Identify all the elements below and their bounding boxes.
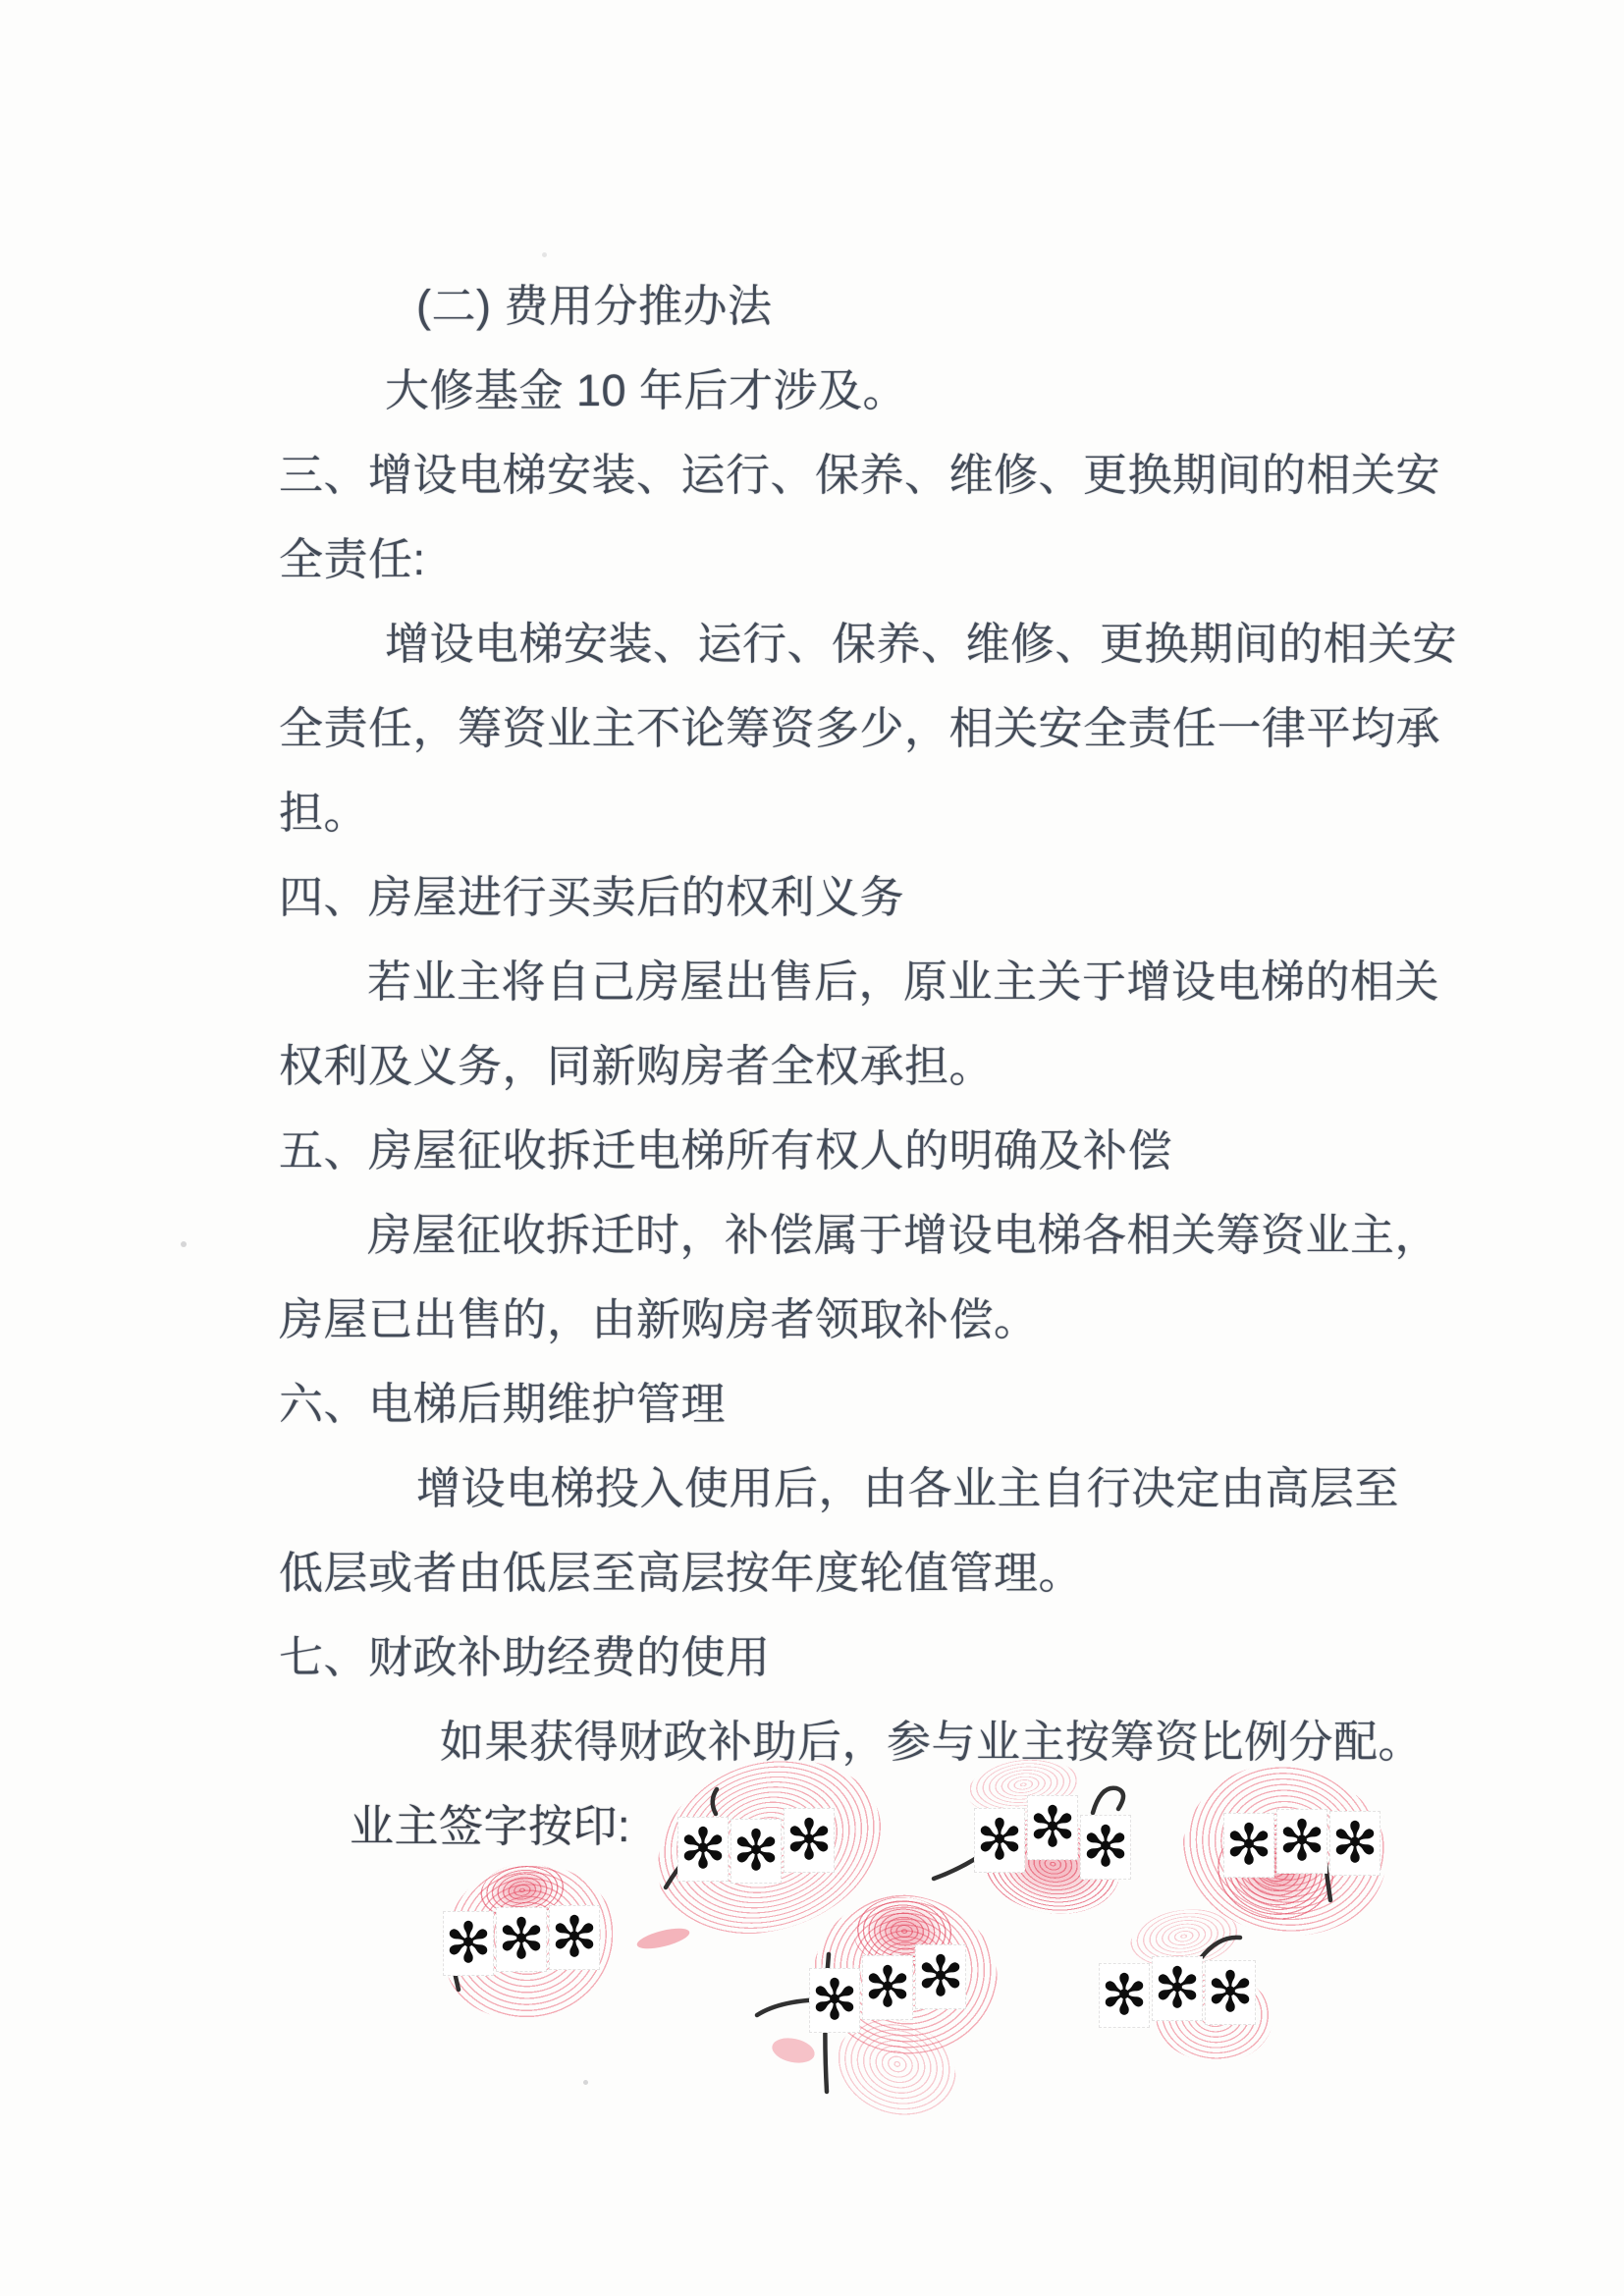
document-line: 五、房屋征收拆迁电梯所有权人的明确及补偿 <box>279 1109 1506 1193</box>
masked-signature-cluster: ✻ ✻ ✻ <box>974 1795 1131 1860</box>
document-line: (二) 费用分推办法 <box>416 264 1506 349</box>
document-line: 担。 <box>279 771 1506 855</box>
scanned-document-page: (二) 费用分推办法 大修基金 10 年后才涉及。 三、增设电梯安装、运行、保养… <box>0 0 1624 2296</box>
masked-signature-asterisk: ✻ <box>1099 1963 1150 2028</box>
document-line: 低层或者由低层至高层按年度轮值管理。 <box>279 1531 1506 1615</box>
masked-signature-asterisk: ✻ <box>1152 1956 1203 2021</box>
masked-signature-cluster: ✻ ✻ ✻ <box>809 1942 966 2007</box>
masked-signature-asterisk: ✻ <box>1276 1809 1327 1874</box>
masked-signature-asterisk: ✻ <box>496 1907 547 1972</box>
document-line: 六、电梯后期维护管理 <box>279 1362 1506 1447</box>
signature-stroke <box>1201 1938 1240 1958</box>
masked-signature-asterisk: ✻ <box>731 1819 782 1884</box>
masked-signature-asterisk: ✻ <box>443 1911 494 1976</box>
document-line: 三、增设电梯安装、运行、保养、维修、更换期间的相关安 <box>279 433 1506 518</box>
scan-speck <box>181 1241 187 1247</box>
masked-signature-cluster: ✻ ✻ ✻ <box>677 1807 835 1872</box>
masked-signature-asterisk: ✻ <box>1205 1960 1256 2025</box>
document-line: 若业主将自己房屋出售后，原业主关于增设电梯的相关 <box>367 940 1506 1024</box>
masked-signature-asterisk: ✻ <box>862 1955 913 2020</box>
masked-signature-asterisk: ✻ <box>1027 1795 1078 1860</box>
document-line: 大修基金 10 年后才涉及。 <box>385 349 1506 433</box>
masked-signature-asterisk: ✻ <box>974 1808 1025 1873</box>
masked-signature-cluster: ✻ ✻ ✻ <box>443 1905 600 1970</box>
document-line: 房屋已出售的，由新购房者领取补偿。 <box>279 1278 1506 1362</box>
masked-signature-asterisk: ✻ <box>809 1968 860 2033</box>
document-line: 增设电梯安装、运行、保养、维修、更换期间的相关安 <box>385 602 1506 686</box>
document-line: 权利及义务，同新购房者全权承担。 <box>279 1024 1506 1109</box>
masked-signature-cluster: ✻ ✻ ✻ <box>1099 1956 1256 2021</box>
document-body: (二) 费用分推办法 大修基金 10 年后才涉及。 三、增设电梯安装、运行、保养… <box>279 264 1506 1869</box>
document-line: 七、财政补助经费的使用 <box>279 1615 1506 1700</box>
document-line: 四、房屋进行买卖后的权利义务 <box>279 855 1506 940</box>
scan-speck <box>542 252 547 257</box>
document-line: 增设电梯投入使用后，由各业主自行决定由高层至 <box>416 1447 1506 1531</box>
masked-signature-asterisk: ✻ <box>784 1808 835 1873</box>
masked-signature-asterisk: ✻ <box>1329 1811 1380 1876</box>
masked-signature-asterisk: ✻ <box>549 1905 600 1970</box>
masked-signature-cluster: ✻ ✻ ✻ <box>1223 1809 1380 1874</box>
masked-signature-asterisk: ✻ <box>1223 1813 1274 1878</box>
masked-signature-asterisk: ✻ <box>915 1944 966 2009</box>
masked-signature-asterisk: ✻ <box>677 1817 729 1882</box>
document-line: 全责任: <box>279 518 1506 602</box>
document-line: 房屋征收拆迁时，补偿属于增设电梯各相关筹资业主， <box>367 1193 1506 1278</box>
masked-signature-asterisk: ✻ <box>1080 1815 1131 1880</box>
document-line: 全责任，筹资业主不论筹资多少，相关安全责任一律平均承 <box>279 686 1506 771</box>
